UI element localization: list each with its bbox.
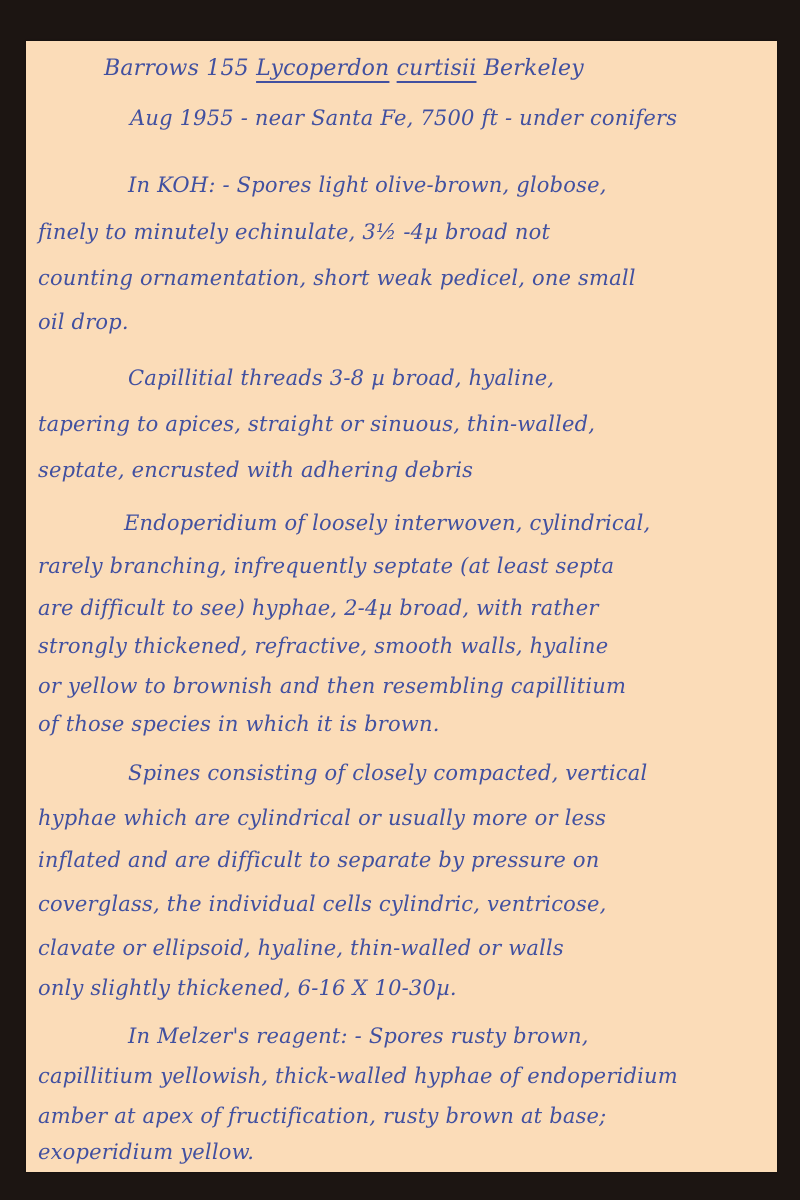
endoperidium-line-4: strongly thickened, refractive, smooth w… [38,636,608,657]
spines-line-1: Spines consisting of closely compacted, … [128,763,647,784]
melzers-line-4: exoperidium yellow. [38,1142,254,1163]
date-location: Aug 1955 - near Santa Fe, 7500 ft - unde… [130,108,677,129]
spines-line-4: coverglass, the individual cells cylindr… [38,894,607,915]
capillitium-line-3: septate, encrusted with adhering debris [38,460,473,481]
author-name: Berkeley [484,56,584,81]
capillitium-line-1: Capillitial threads 3-8 µ broad, hyaline… [128,368,554,389]
endoperidium-line-2: rarely branching, infrequently septate (… [38,556,614,577]
spines-line-3: inflated and are difficult to separate b… [38,850,600,871]
koh-line-2: finely to minutely echinulate, 3½ -4µ br… [38,222,550,243]
melzers-line-1: In Melzer's reagent: - Spores rusty brow… [128,1026,589,1047]
endoperidium-line-6: of those species in which it is brown. [38,714,440,735]
koh-line-1: In KOH: - Spores light olive-brown, glob… [128,175,607,196]
species-name: curtisii [397,56,477,81]
koh-line-4: oil drop. [38,312,129,333]
endoperidium-line-1: Endoperidium of loosely interwoven, cyli… [124,513,650,534]
genus-name: Lycoperdon [256,56,389,81]
melzers-line-3: amber at apex of fructification, rusty b… [38,1106,606,1127]
header-line-1: Barrows 155 Lycoperdon curtisii Berkeley [104,58,584,80]
melzers-line-2: capillitium yellowish, thick-walled hyph… [38,1066,678,1087]
koh-line-3: counting ornamentation, short weak pedic… [38,268,636,289]
collection-number: Barrows 155 [104,56,249,81]
spines-line-5: clavate or ellipsoid, hyaline, thin-wall… [38,938,564,959]
spines-line-2: hyphae which are cylindrical or usually … [38,808,606,829]
endoperidium-line-5: or yellow to brownish and then resemblin… [38,676,626,697]
capillitium-line-2: tapering to apices, straight or sinuous,… [38,414,595,435]
endoperidium-line-3: are difficult to see) hyphae, 2-4µ broad… [38,598,599,619]
spines-line-6: only slightly thickened, 6-16 X 10-30µ. [38,978,457,999]
